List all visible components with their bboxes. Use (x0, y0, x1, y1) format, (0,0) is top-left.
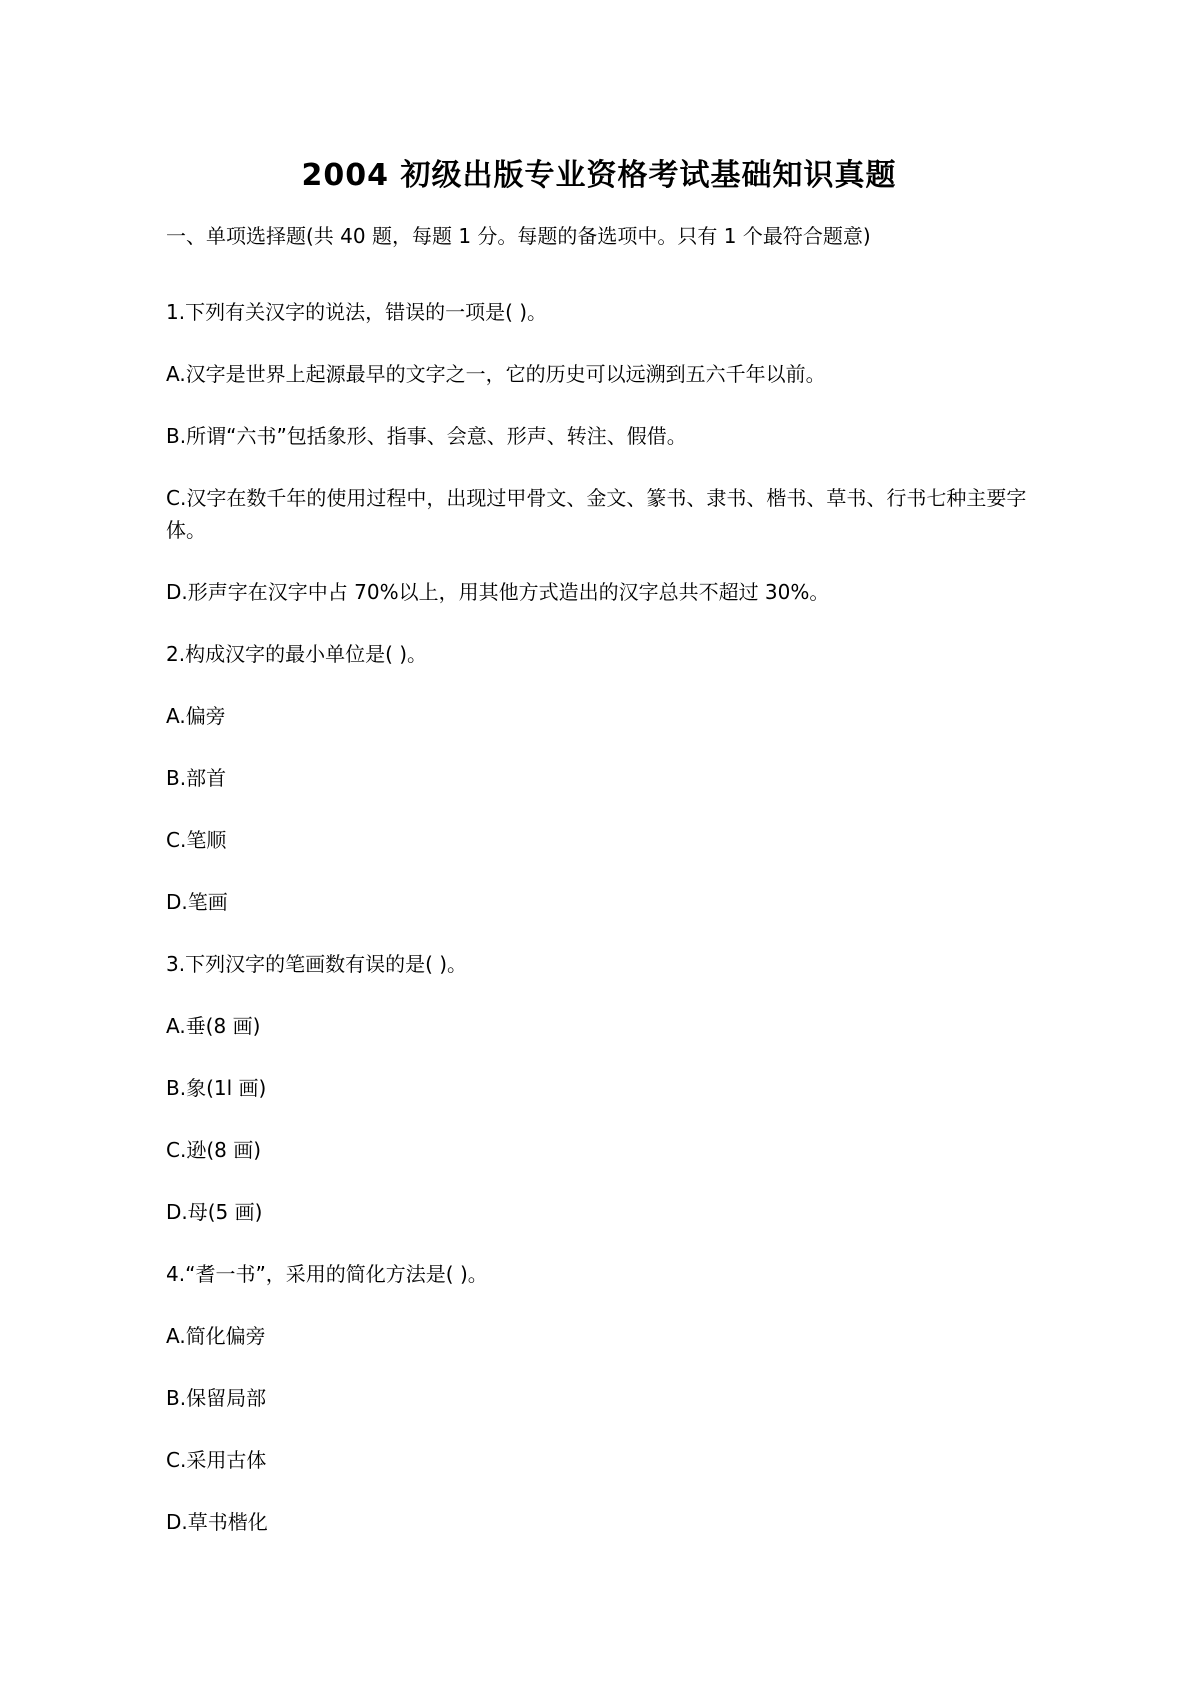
question-1-stem: 1.下列有关汉字的说法，错误的一项是( )。 (166, 296, 1032, 328)
question-2: 2.构成汉字的最小单位是( )。 A.偏旁 B.部首 C.笔顺 D.笔画 (166, 638, 1032, 918)
question-2-option-b: B.部首 (166, 762, 1032, 794)
question-1-option-b: B.所谓“六书”包括象形、指事、会意、形声、转注、假借。 (166, 420, 1032, 452)
question-2-option-d: D.笔画 (166, 886, 1032, 918)
question-4-option-c: C.采用古体 (166, 1444, 1032, 1476)
question-3-stem: 3.下列汉字的笔画数有误的是( )。 (166, 948, 1032, 980)
question-4: 4.“耆一书”，采用的简化方法是( )。 A.简化偏旁 B.保留局部 C.采用古… (166, 1258, 1032, 1538)
question-3-option-d: D.母(5 画) (166, 1196, 1032, 1228)
question-4-option-a: A.简化偏旁 (166, 1320, 1032, 1352)
question-3-option-b: B.象(1l 画) (166, 1072, 1032, 1104)
question-4-stem: 4.“耆一书”，采用的简化方法是( )。 (166, 1258, 1032, 1290)
question-1-option-d: D.形声字在汉字中占 70%以上，用其他方式造出的汉字总共不超过 30%。 (166, 576, 1032, 608)
question-4-option-d: D.草书楷化 (166, 1506, 1032, 1538)
question-4-option-b: B.保留局部 (166, 1382, 1032, 1414)
question-2-option-c: C.笔顺 (166, 824, 1032, 856)
question-1-option-a: A.汉字是世界上起源最早的文字之一，它的历史可以远溯到五六千年以前。 (166, 358, 1032, 390)
question-1: 1.下列有关汉字的说法，错误的一项是( )。 A.汉字是世界上起源最早的文字之一… (166, 296, 1032, 608)
question-3-option-a: A.垂(8 画) (166, 1010, 1032, 1042)
page-title: 2004 初级出版专业资格考试基础知识真题 (166, 150, 1032, 194)
question-3: 3.下列汉字的笔画数有误的是( )。 A.垂(8 画) B.象(1l 画) C.… (166, 948, 1032, 1228)
section-header: 一、单项选择题(共 40 题，每题 1 分。每题的备选项中。只有 1 个最符合题… (166, 220, 1032, 252)
question-3-option-c: C.逊(8 画) (166, 1134, 1032, 1166)
question-1-option-c: C.汉字在数千年的使用过程中，出现过甲骨文、金文、篆书、隶书、楷书、草书、行书七… (166, 482, 1032, 546)
exam-document-page: 2004 初级出版专业资格考试基础知识真题 一、单项选择题(共 40 题，每题 … (0, 0, 1200, 1696)
question-2-stem: 2.构成汉字的最小单位是( )。 (166, 638, 1032, 670)
question-2-option-a: A.偏旁 (166, 700, 1032, 732)
